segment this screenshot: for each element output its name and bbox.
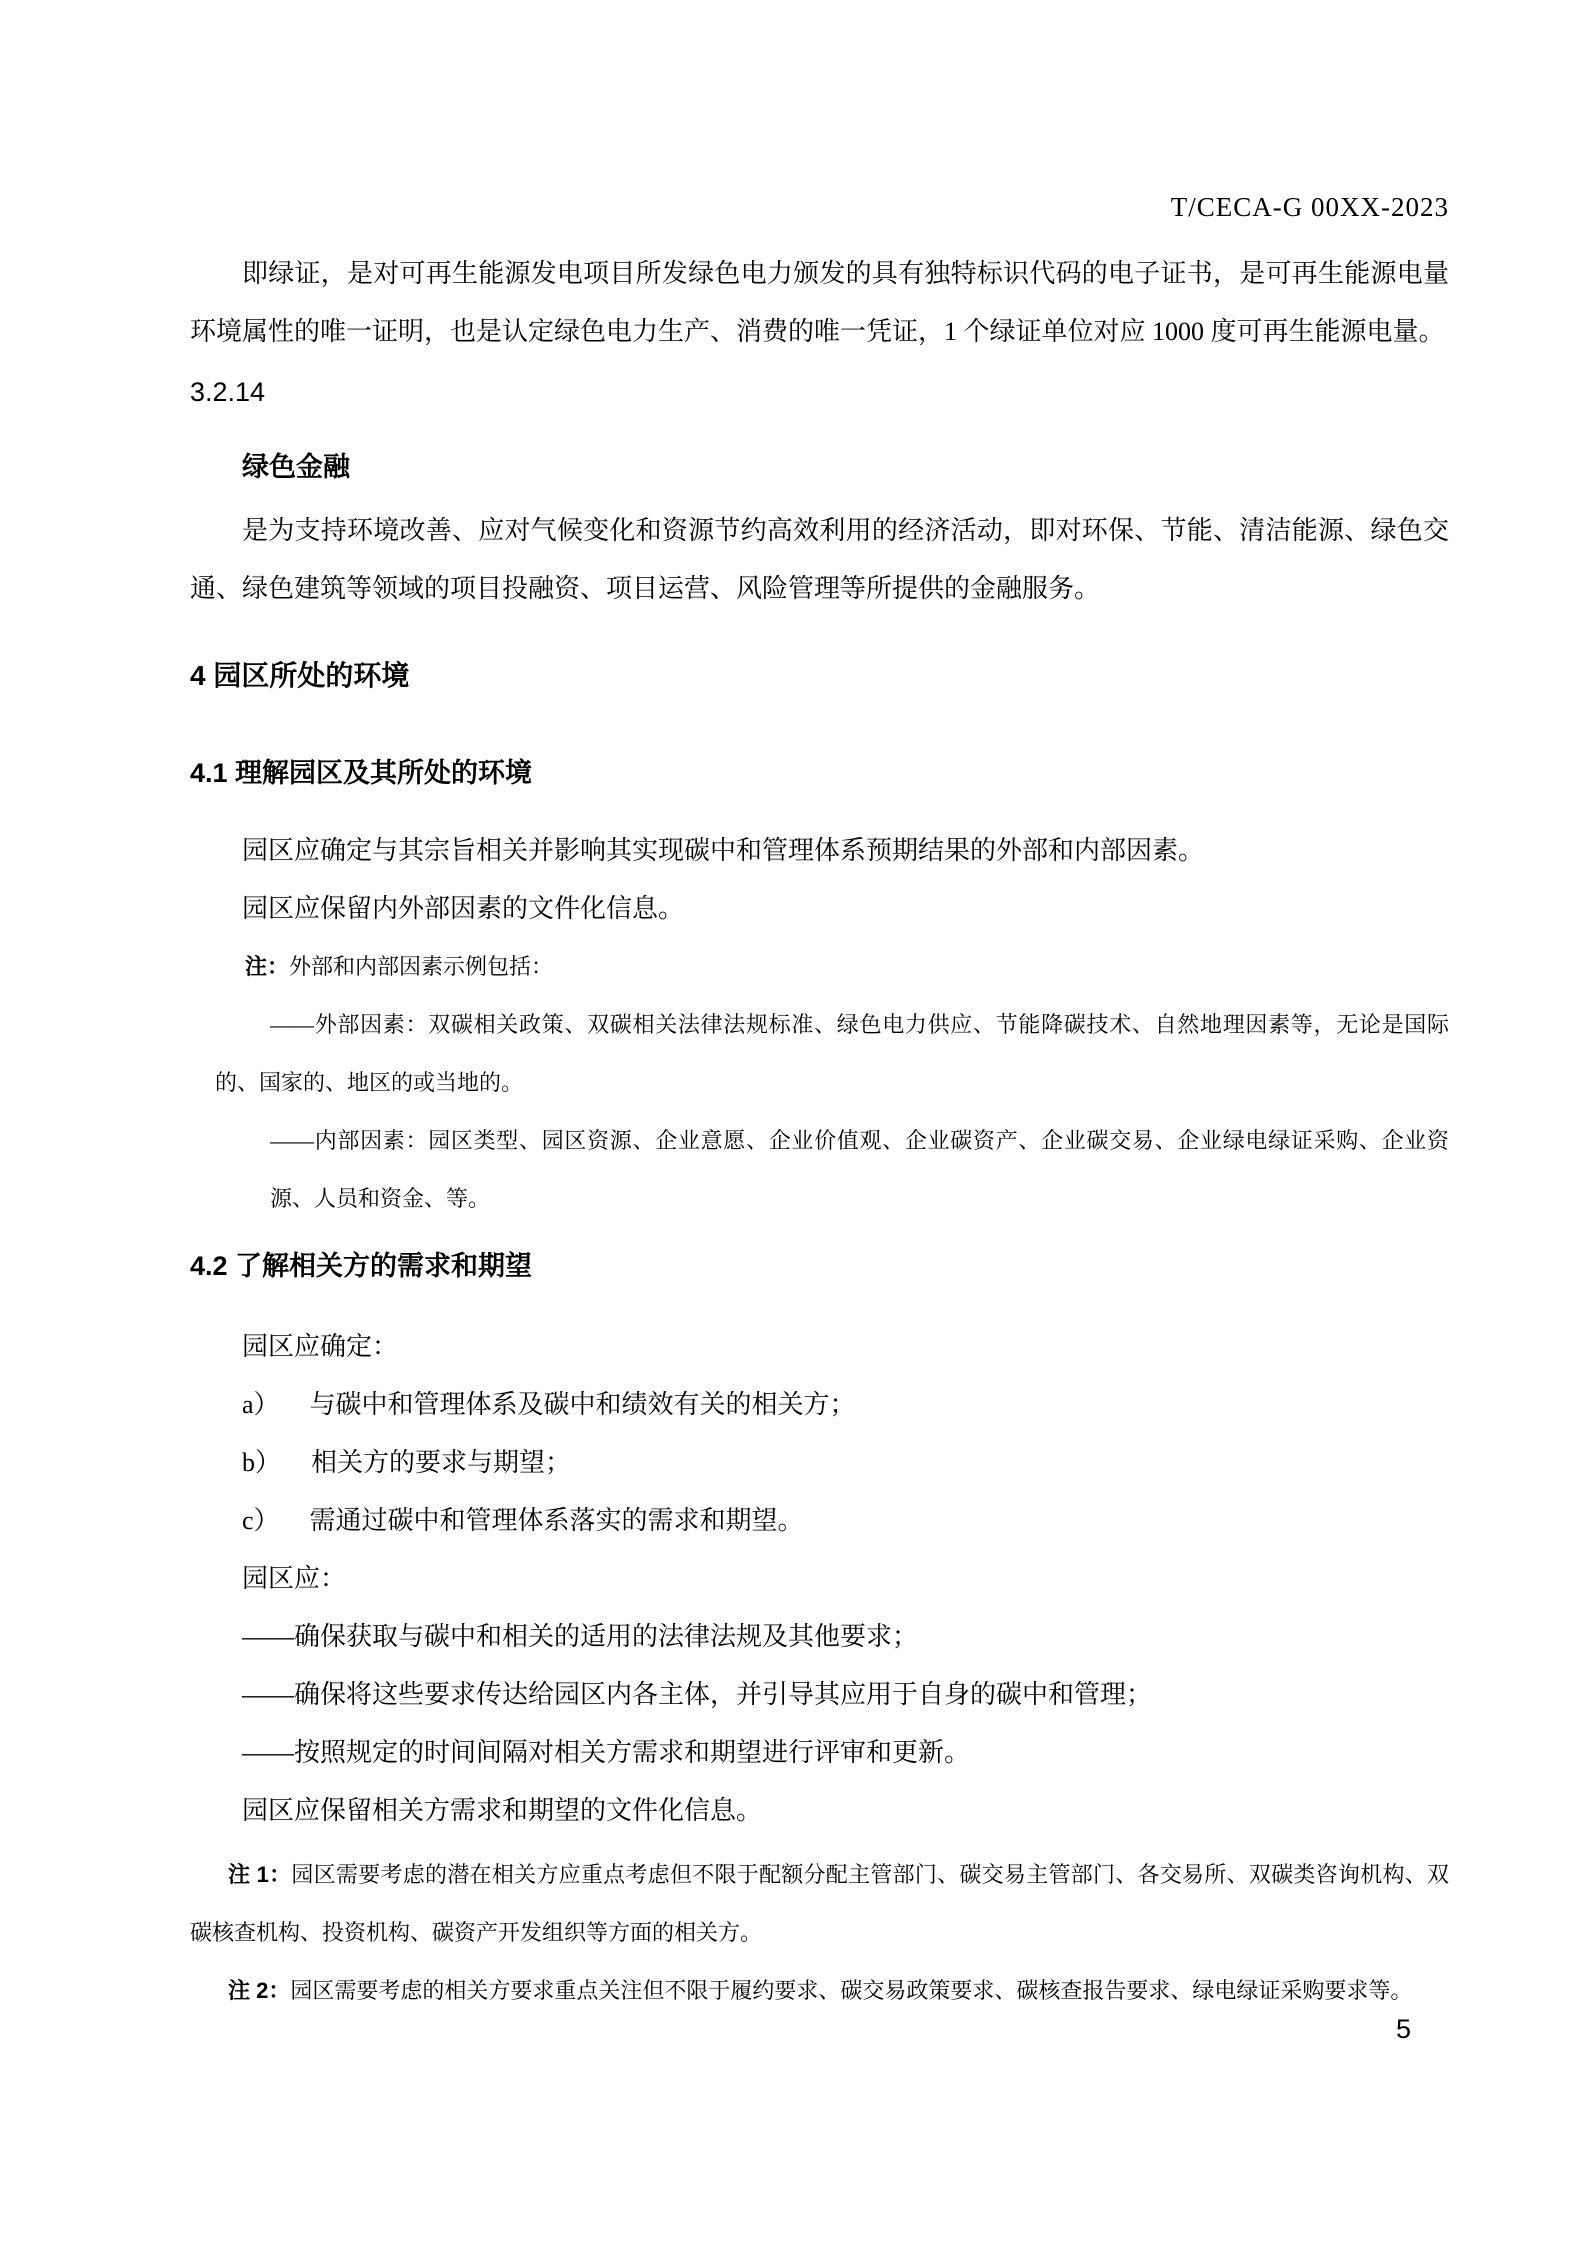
clause-number-3-2-14: 3.2.14 <box>190 377 1449 407</box>
document-page: T/CECA-G 00XX-2023 即绿证，是对可再生能源发电项目所发绿色电力… <box>0 0 1588 2245</box>
list-item-a-text: 与碳中和管理体系及碳中和绩效有关的相关方； <box>310 1390 856 1419</box>
note-2-label: 注 2： <box>228 1978 290 2003</box>
note-1-label: 注 1： <box>228 1862 291 1887</box>
note-2-text: 园区需要考虑的相关方要求重点关注但不限于履约要求、碳交易政策要求、碳核查报告要求… <box>290 1978 1412 2003</box>
note-dash-internal-factors: ——内部因素：园区类型、园区资源、企业意愿、企业价值观、企业碳资产、企业碳交易、… <box>270 1112 1449 1228</box>
list-item-c-text: 需通过碳中和管理体系落实的需求和期望。 <box>310 1506 804 1535</box>
standard-code-header: T/CECA-G 00XX-2023 <box>190 193 1449 221</box>
dash-item-review-update: ——按照规定的时间间隔对相关方需求和期望进行评审和更新。 <box>190 1724 1449 1782</box>
list-item-b: b）相关方的要求与期望； <box>190 1434 1449 1492</box>
section-4-heading: 4 园区所处的环境 <box>190 660 1449 692</box>
paragraph-documented-info: 园区应保留内外部因素的文件化信息。 <box>190 880 1449 938</box>
dash-item-communicate-requirements: ——确保将这些要求传达给园区内各主体，并引导其应用于自身的碳中和管理； <box>190 1666 1449 1724</box>
list-item-b-text: 相关方的要求与期望； <box>311 1448 571 1477</box>
paragraph-context-factors: 园区应确定与其宗旨相关并影响其实现碳中和管理体系预期结果的外部和内部因素。 <box>190 822 1449 880</box>
note-examples: 注：外部和内部因素示例包括： <box>190 938 1449 996</box>
list-item-c: c）需通过碳中和管理体系落实的需求和期望。 <box>190 1492 1449 1550</box>
paragraph-green-finance-definition: 是为支持环境改善、应对气候变化和资源节约高效利用的经济活动，即对环保、节能、清洁… <box>190 502 1449 618</box>
section-4-2-heading: 4.2 了解相关方的需求和期望 <box>190 1250 1449 1282</box>
note-text: 外部和内部因素示例包括： <box>289 954 553 979</box>
list-item-b-label: b） <box>242 1434 281 1492</box>
list-item-a: a）与碳中和管理体系及碳中和绩效有关的相关方； <box>190 1376 1449 1434</box>
section-4-2-body: 园区应确定： a）与碳中和管理体系及碳中和绩效有关的相关方； b）相关方的要求与… <box>190 1318 1449 1840</box>
paragraph-shall-determine: 园区应确定： <box>190 1318 1449 1376</box>
term-heading-green-finance: 绿色金融 <box>190 452 1449 482</box>
paragraph-park-shall: 园区应： <box>190 1550 1449 1608</box>
note-dash-external-factors: ——外部因素：双碳相关政策、双碳相关法律法规标准、绿色电力供应、节能降碳技术、自… <box>215 996 1449 1112</box>
note-1-text: 园区需要考虑的潜在相关方应重点考虑但不限于配额分配主管部门、碳交易主管部门、各交… <box>190 1862 1449 1945</box>
dash-item-obtain-laws: ——确保获取与碳中和相关的适用的法律法规及其他要求； <box>190 1608 1449 1666</box>
paragraph-keep-documented-info: 园区应保留相关方需求和期望的文件化信息。 <box>190 1782 1449 1840</box>
list-item-c-label: c） <box>242 1492 280 1550</box>
section-4-1-heading: 4.1 理解园区及其所处的环境 <box>190 757 1449 789</box>
paragraph-green-certificate-definition: 即绿证，是对可再生能源发电项目所发绿色电力颁发的具有独特标识代码的电子证书，是可… <box>190 245 1449 361</box>
note-2: 注 2：园区需要考虑的相关方要求重点关注但不限于履约要求、碳交易政策要求、碳核查… <box>190 1962 1449 2020</box>
note-label: 注： <box>245 954 289 979</box>
list-item-a-label: a） <box>242 1376 280 1434</box>
note-1: 注 1：园区需要考虑的潜在相关方应重点考虑但不限于配额分配主管部门、碳交易主管部… <box>190 1846 1449 1962</box>
